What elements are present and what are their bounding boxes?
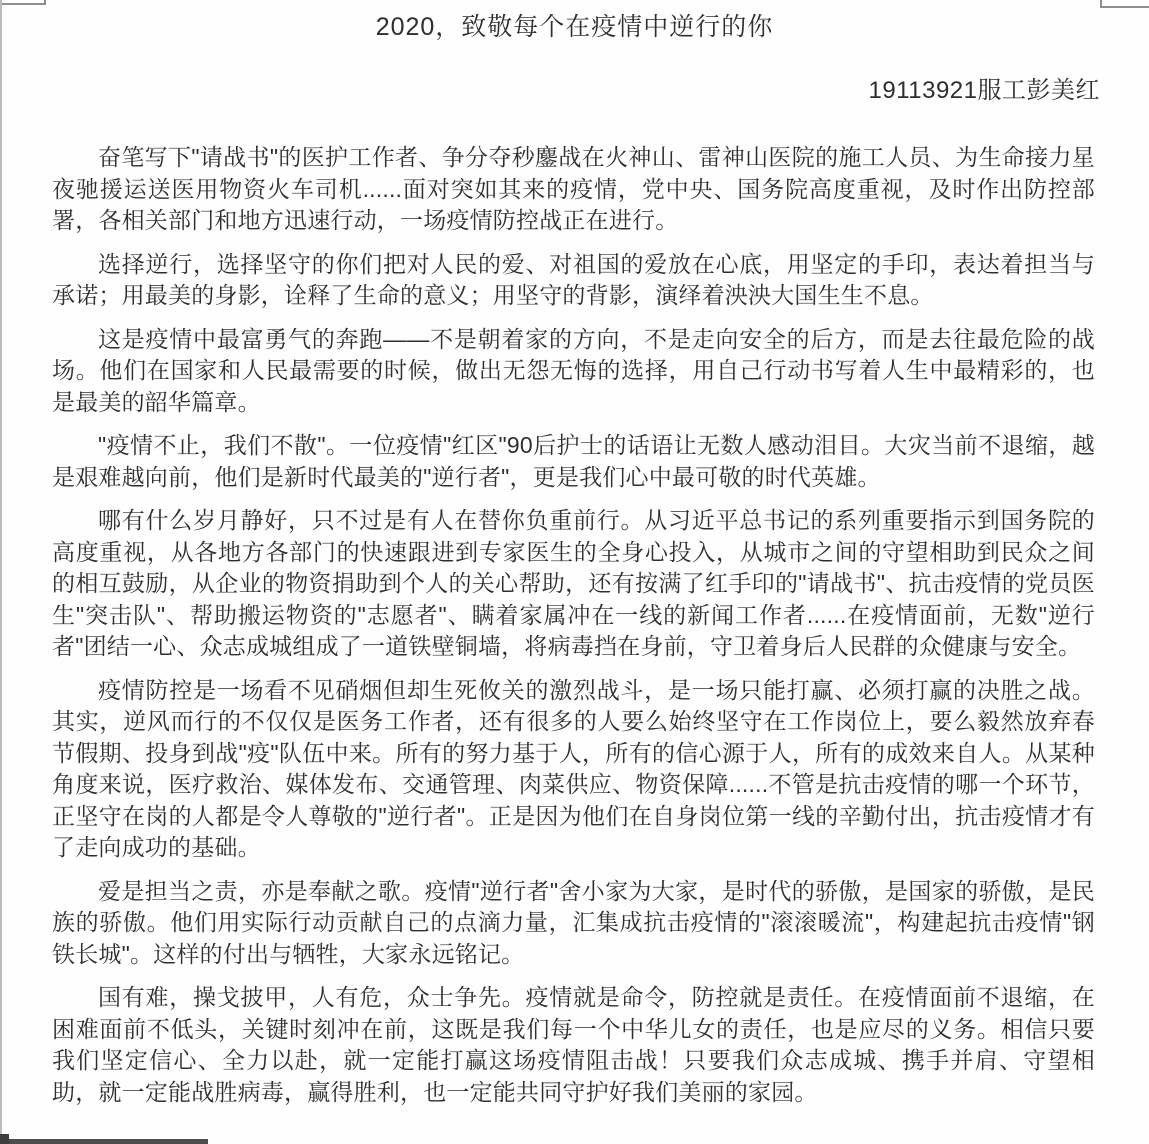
page-corner-artifact-top-left xyxy=(0,0,46,5)
paragraph: 奋笔写下"请战书"的医护工作者、争分夺秒鏖战在火神山、雷神山医院的施工人员、为生… xyxy=(52,142,1095,237)
scan-artifact-bottom-strip xyxy=(0,1139,208,1144)
paragraph: 爱是担当之责，亦是奉献之歌。疫情"逆行者"舍小家为大家，是时代的骄傲，是国家的骄… xyxy=(52,876,1095,971)
paragraph: 疫情防控是一场看不见硝烟但却生死攸关的激烈战斗，是一场只能打赢、必须打赢的决胜之… xyxy=(52,675,1095,864)
document-body: 奋笔写下"请战书"的医护工作者、争分夺秒鏖战在火神山、雷神山医院的施工人员、为生… xyxy=(52,142,1095,1108)
author-byline: 19113921服工彭美红 xyxy=(0,70,1149,105)
document-page: 2020，致敬每个在疫情中逆行的你 19113921服工彭美红 奋笔写下"请战书… xyxy=(0,0,1149,1144)
page-corner-artifact-top-right xyxy=(1100,0,1149,8)
paragraph: "疫情不止，我们不散"。一位疫情"红区"90后护士的话语让无数人感动泪目。大灾当… xyxy=(52,430,1095,493)
paragraph: 哪有什么岁月静好，只不过是有人在替你负重前行。从习近平总书记的系列重要指示到国务… xyxy=(52,505,1095,663)
paragraph: 这是疫情中最富勇气的奔跑——不是朝着家的方向，不是走向安全的后方，而是去往最危险… xyxy=(52,324,1095,419)
scan-artifact-corner-mark xyxy=(0,1134,9,1144)
paragraph: 选择逆行，选择坚守的你们把对人民的爱、对祖国的爱放在心底，用坚定的手印，表达着担… xyxy=(52,249,1095,312)
document-title: 2020，致敬每个在疫情中逆行的你 xyxy=(0,0,1149,43)
page-left-edge-line xyxy=(0,0,2,1144)
paragraph: 国有难，操戈披甲，人有危，众士争先。疫情就是命令，防控就是责任。在疫情面前不退缩… xyxy=(52,982,1095,1108)
